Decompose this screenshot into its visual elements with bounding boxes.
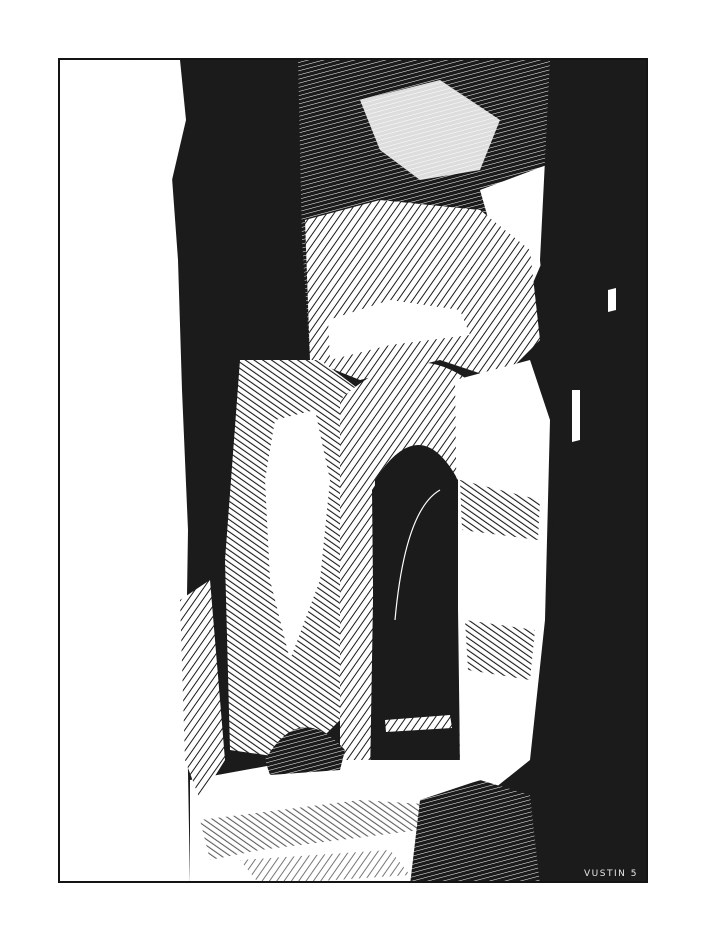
artist-signature: VUSTIN 5 bbox=[584, 869, 638, 879]
artwork-canvas: VUSTIN 5 bbox=[0, 0, 716, 936]
illustration bbox=[60, 60, 648, 883]
artwork-frame bbox=[58, 58, 648, 883]
